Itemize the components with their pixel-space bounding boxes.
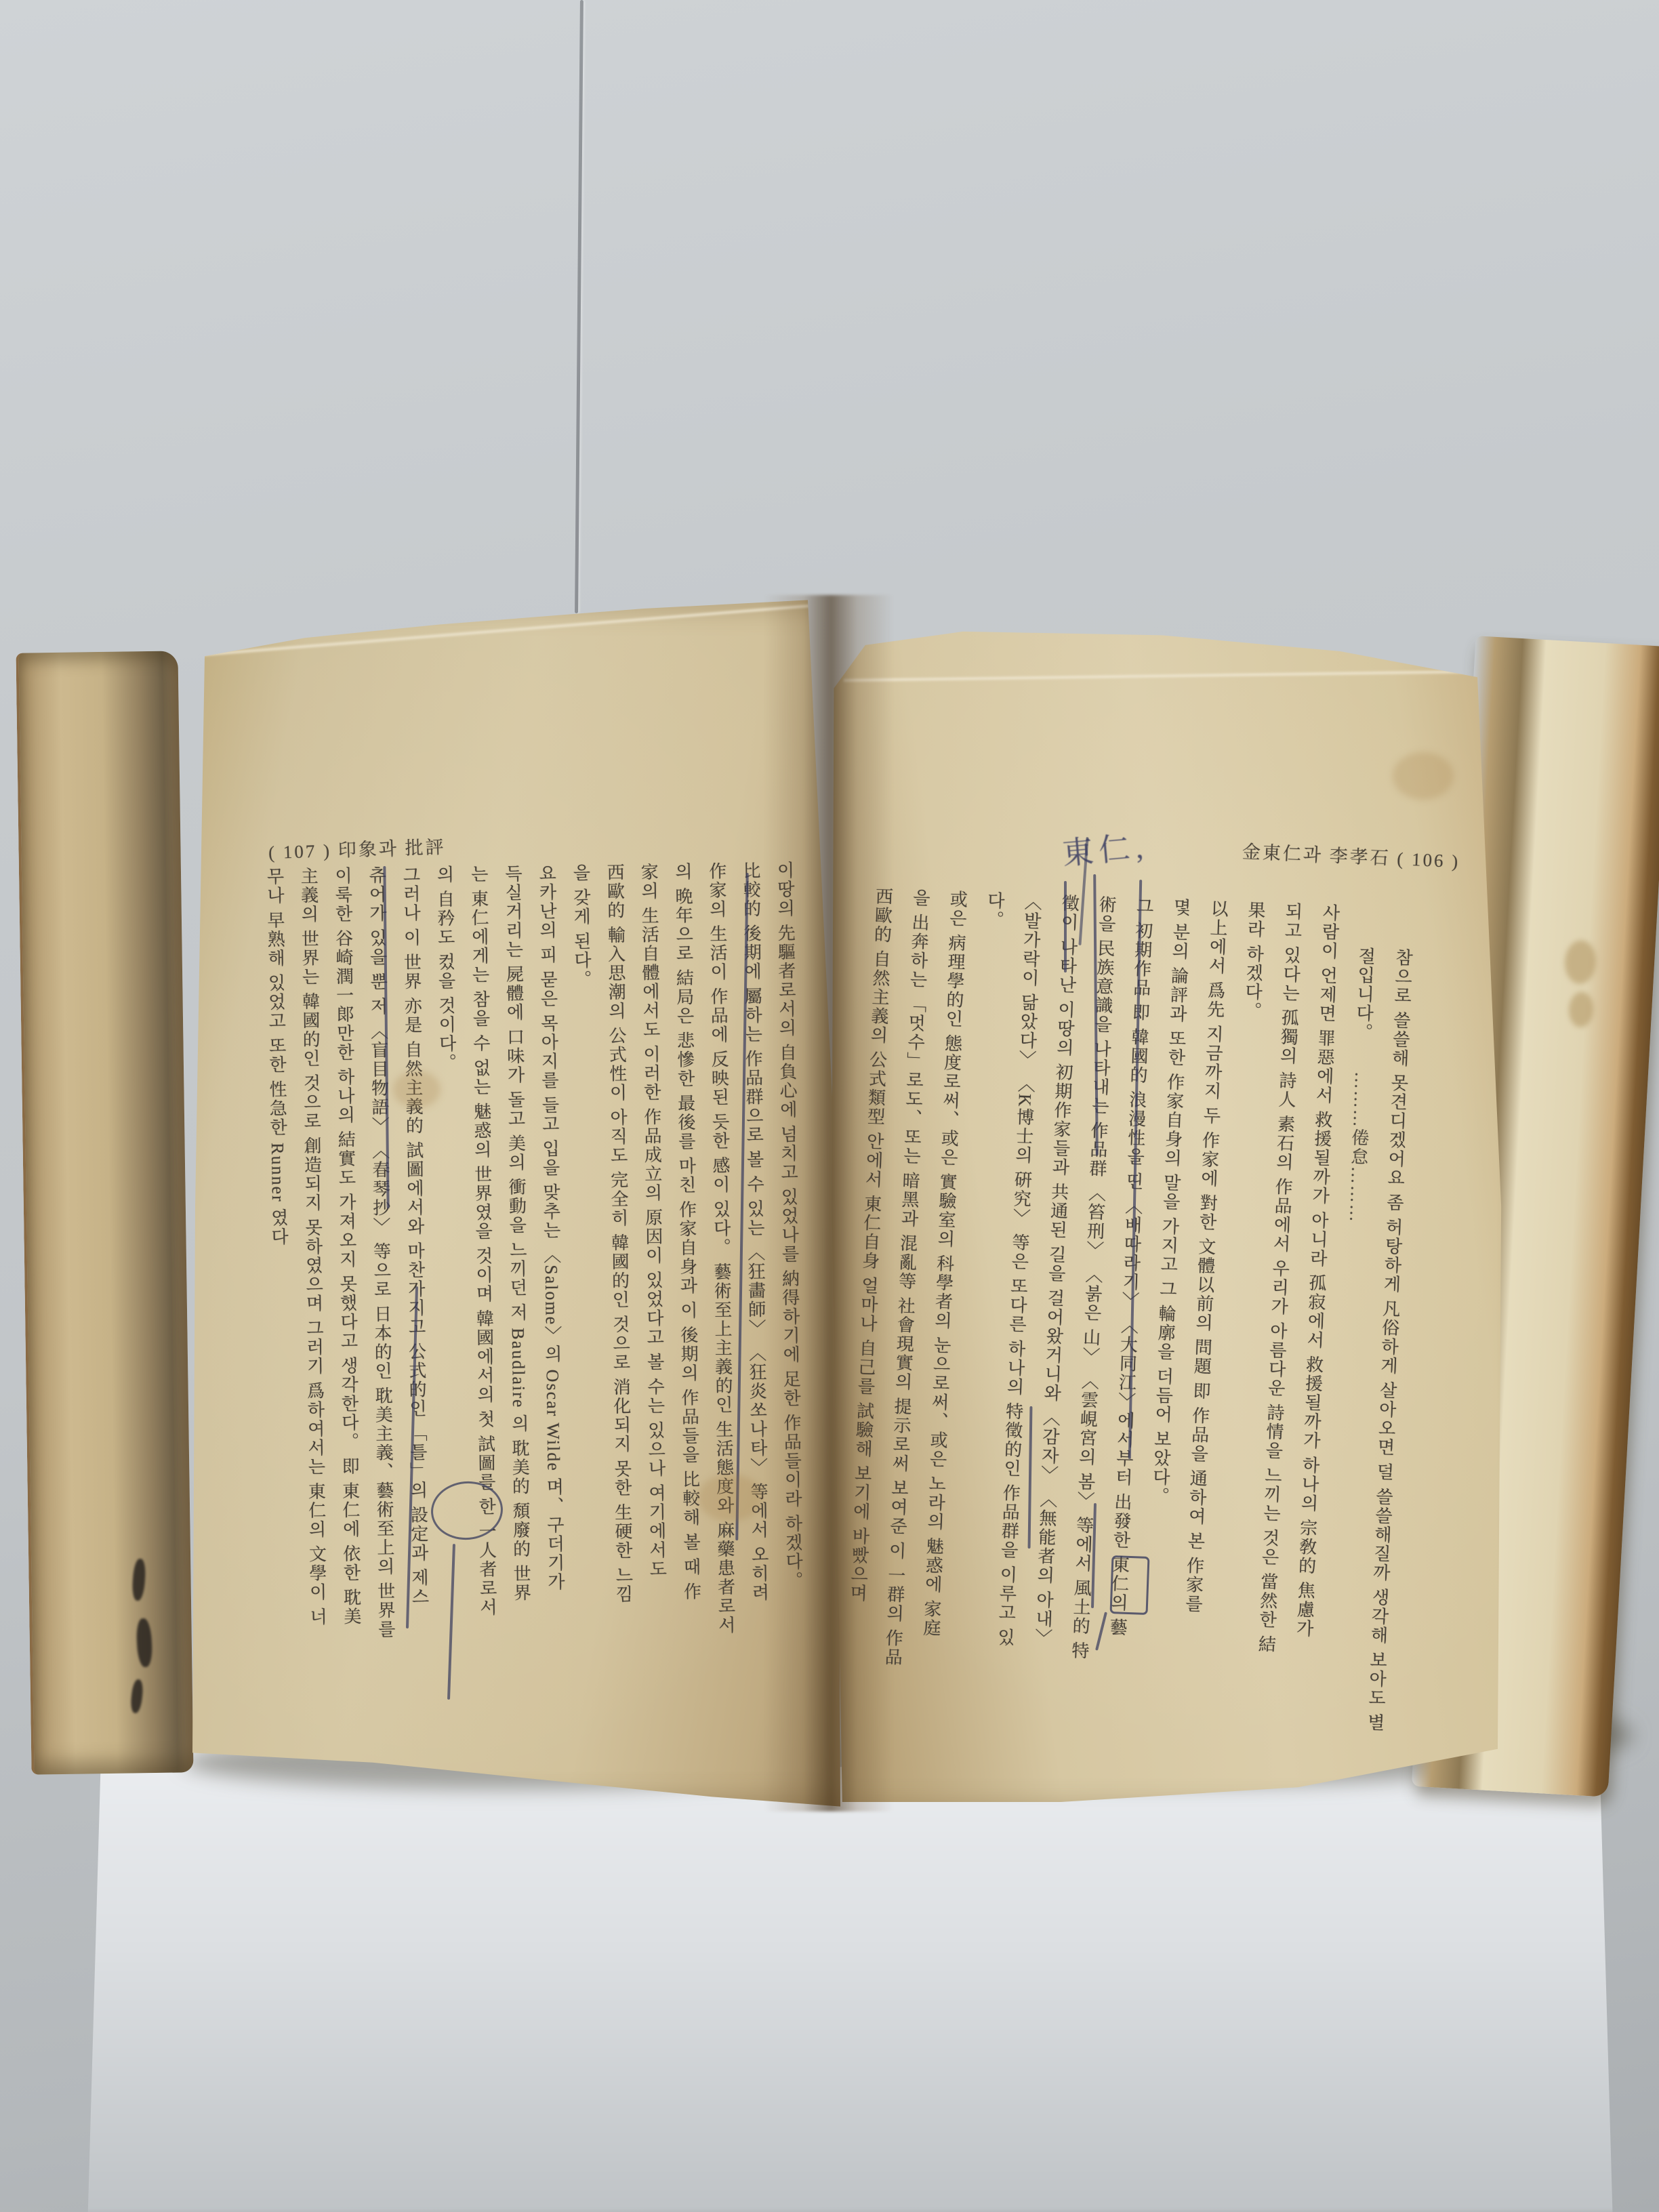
quote-ending: 절입니다。 xyxy=(1353,947,1376,1042)
handwritten-pen-note: 東仁, xyxy=(1060,822,1150,874)
cover-stain xyxy=(1563,939,1597,984)
left-page-stack-fore-edge xyxy=(16,651,193,1774)
page-top-edge xyxy=(844,670,1481,682)
right-page-text-block: 참으로 쓸쓸해 못견디겠어요 좀 허탕하게 凡俗하게 살아오면 덜 쓸쓸해질까 … xyxy=(831,886,1424,1780)
page-header-left: ( 107 ) 印象과 批評 xyxy=(268,832,446,864)
left-page: ( 107 ) 印象과 批評 이땅의 先驅者로서의 自負心에 넘치고 있었나를 … xyxy=(169,596,847,1816)
paper-stain xyxy=(1393,752,1454,800)
left-page-text-block: 이땅의 先驅者로서의 自負心에 넘치고 있었나를 納得하기에 足한 作品들이라 … xyxy=(256,861,812,1748)
surface-seam-line xyxy=(575,0,583,613)
cover-stain xyxy=(1568,991,1595,1028)
right-page: 金東仁과 李孝石 ( 106 ) 東仁, 참으로 쓸쓸해 못견디겠어요 좀 허탕… xyxy=(823,590,1521,1823)
paper-stain xyxy=(698,1474,762,1521)
page-top-edge xyxy=(203,605,811,656)
photo-of-open-book: ( 107 ) 印象과 批評 이땅의 先驅者로서의 自負心에 넘치고 있었나를 … xyxy=(0,0,1659,2212)
pen-box-around-dongin xyxy=(1110,1555,1150,1615)
page-header-right: 金東仁과 李孝石 ( 106 ) xyxy=(1242,837,1460,874)
quote-attribution: ………倦怠……… xyxy=(1346,1042,1372,1224)
paper-stain xyxy=(393,1071,441,1108)
pen-underline xyxy=(1064,881,1067,972)
